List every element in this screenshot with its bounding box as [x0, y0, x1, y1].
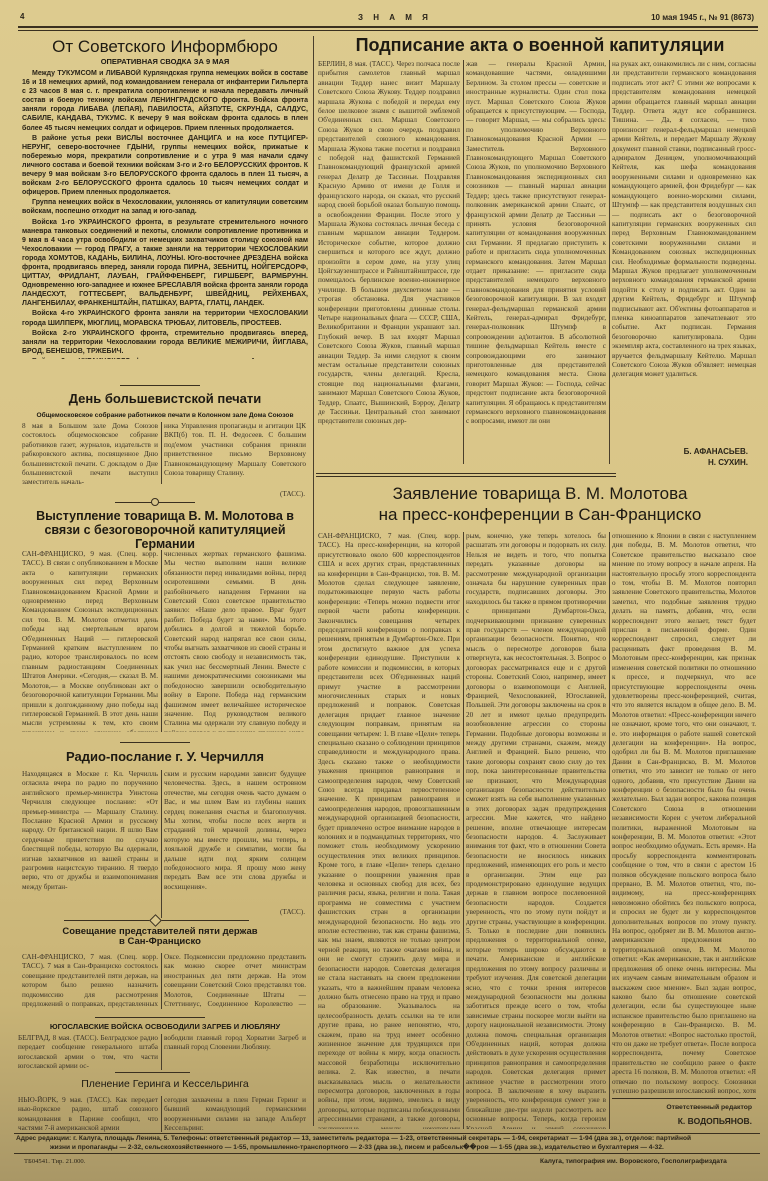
printer-info: Калуга, типография им. Воровского, Госпо…	[540, 1157, 727, 1166]
separator	[95, 1017, 205, 1018]
column-divider	[161, 550, 162, 732]
goering-col1: НЬЮ-ЙОРК, 9 мая. (ТАСС). Как передает нь…	[18, 1096, 158, 1134]
paragraph: Между ТУКУМСОМ и ЛИБАВОЙ Курляндская гру…	[22, 69, 308, 133]
churchill-col1: Находящаяся в Москве г. Кл. Черчилль огл…	[22, 770, 158, 920]
capitulation-title: Подписание акта о военной капитуляции	[320, 36, 760, 56]
goering-title: Пленение Геринга и Кессельринга	[20, 1079, 310, 1091]
sovinformburo-body: Между ТУКУМСОМ и ЛИБАВОЙ Курляндская гру…	[22, 69, 308, 359]
section-rule	[316, 473, 616, 474]
capitulation-col3: на руках акт, ознакомились ли с ним, сог…	[612, 60, 756, 434]
five-powers-col2: Оксе. Подкомиссии предложено представить…	[164, 953, 306, 1009]
author-signature: Н. СУХИН.	[620, 458, 748, 467]
print-code: ТБ04541. Тир. 21.000.	[24, 1157, 85, 1166]
press-day-col2: ника Управления пропаганды и агитации ЦК…	[164, 422, 306, 478]
press-day-col1: 8 мая в Большом зале Дома Союзов состоял…	[22, 422, 158, 486]
column-divider	[609, 532, 610, 1129]
masthead-rule-thin	[18, 30, 758, 31]
press-conference-col2: рым, конечно, уже теперь хотелось бы рас…	[466, 532, 606, 1129]
press-conference-title-line2: на пресс-конференции в Сан-Франциско	[320, 506, 760, 525]
footer-address-line2: жизни и пропаганды — 2-32, сельскохозяйс…	[50, 1143, 758, 1152]
press-conference-col3: отношению к Японии в связи с наступление…	[612, 532, 756, 1094]
masthead: 4 З Н А М Я 10 мая 1945 г., № 91 (8673)	[18, 10, 758, 26]
yugoslav-col2: вободили главный город Хорватии Загреб и…	[164, 1034, 306, 1064]
section-rule	[316, 476, 616, 477]
column-divider	[609, 60, 610, 464]
press-day-title: День большевистской печати	[20, 392, 310, 406]
column-divider	[161, 1096, 162, 1132]
capitulation-col1: БЕРЛИН, 8 мая. (ТАСС). Через полчаса пос…	[318, 60, 460, 464]
churchill-title: Радио-послание г. У. Черчилля	[20, 750, 310, 764]
molotov-speech-col1: САН-ФРАНЦИСКО, 9 мая. (Спец. корр. ТАСС)…	[22, 550, 158, 732]
column-divider	[463, 60, 464, 464]
goering-col2: сегодня захвачены в плен Герман Геринг и…	[164, 1096, 306, 1134]
churchill-source: (ТАСС).	[255, 908, 305, 918]
editor-name: К. ВОДОПЬЯНОВ.	[612, 1116, 752, 1126]
author-signature: Б. АФАНАСЬЕВ.	[620, 447, 748, 456]
masthead-rule	[18, 26, 758, 28]
churchill-col2: ским и русским народами зависит будущее …	[164, 770, 306, 905]
sovinformburo-subtitle: ОПЕРАТИВНАЯ СВОДКА ЗА 9 МАЯ	[20, 58, 310, 66]
newspaper-page: 4 З Н А М Я 10 мая 1945 г., № 91 (8673) …	[0, 0, 768, 1181]
column-divider	[161, 1034, 162, 1070]
ornament-circle-icon	[151, 498, 159, 506]
column-divider	[161, 953, 162, 1009]
separator	[115, 1072, 190, 1073]
paragraph: Войска 4-го УКРАИНСКОГО фронта заняли на…	[22, 309, 308, 327]
five-powers-title: Совещание представителей пяти держав в С…	[60, 927, 260, 948]
paragraph: Войска 2-го УКРАИНСКОГО фронта, стремите…	[22, 329, 308, 356]
column-divider	[463, 532, 464, 1129]
footer-address-line1: Адрес редакции: г. Калуга, площадь Ленин…	[16, 1134, 760, 1143]
molotov-speech-col2: численных жертвах германского фашизма. М…	[164, 550, 306, 732]
section-rule	[612, 1098, 756, 1099]
capitulation-col2: жав — генералы Красной Армии, командовав…	[466, 60, 606, 464]
press-day-subtitle: Общемосковское собрание работников печат…	[22, 412, 308, 419]
sovinformburo-title: От Советского Информбюро	[20, 38, 310, 57]
paragraph: Войска 1-го УКРАИНСКОГО фронта, в резуль…	[22, 218, 308, 309]
page-number: 4	[20, 12, 24, 21]
column-divider	[313, 36, 314, 1126]
newspaper-name: З Н А М Я	[358, 13, 432, 22]
separator	[120, 385, 200, 386]
press-day-source: (ТАСС).	[260, 490, 305, 500]
footer-rule	[14, 1153, 760, 1154]
separator	[120, 742, 190, 743]
column-divider	[161, 770, 162, 918]
molotov-speech-title: Выступление товарища В. М. Молотова в св…	[30, 510, 300, 551]
paragraph: В районе устья реки ВИСЛЫ восточнее ДАНЦ…	[22, 134, 308, 198]
issue-date: 10 мая 1945 г., № 91 (8673)	[651, 13, 754, 22]
press-conference-title-line1: Заявление товарища В. М. Молотова	[320, 485, 760, 504]
press-conference-col1: САН-ФРАНЦИСКО, 7 мая. (Спец. корр. ТАСС)…	[318, 532, 460, 1129]
column-divider	[161, 422, 162, 484]
five-powers-col1: САН-ФРАНЦИСКО, 7 мая. (Спец. корр. ТАСС)…	[22, 953, 158, 1009]
yugoslav-col1: БЕЛГРАД, 8 мая. (ТАСС). Белградское ради…	[18, 1034, 158, 1072]
editor-label: Ответственный редактор	[612, 1104, 752, 1111]
yugoslav-title: ЮГОСЛАВСКИЕ ВОЙСКА ОСВОБОДИЛИ ЗАГРЕБ И Л…	[20, 1023, 310, 1031]
paragraph: Войска 3-го УКРАИНСКОГО фронта заняли на…	[22, 357, 308, 359]
paragraph: Группа немецких войск в Чехословакии, ук…	[22, 198, 308, 216]
